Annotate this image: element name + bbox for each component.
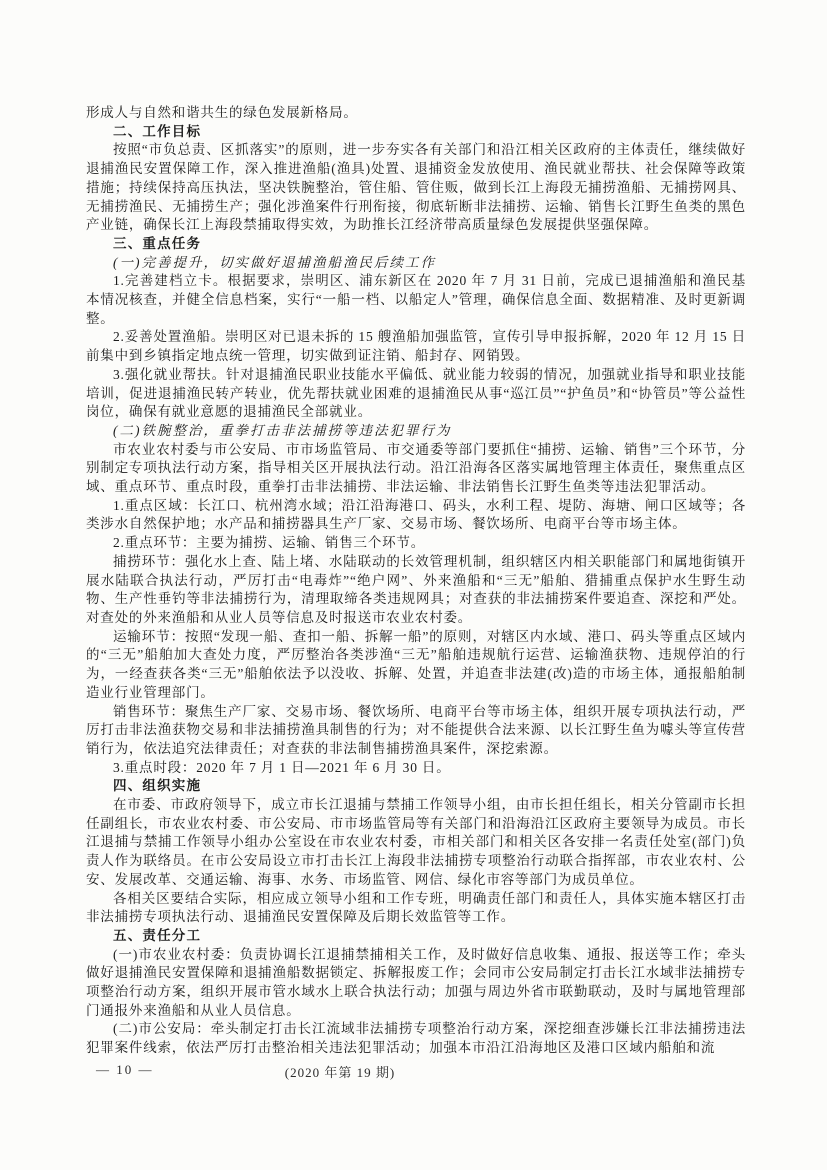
document-body: 形成人与自然和谐共生的绿色发展新格局。二、工作目标按照“市负总责、区抓落实”的原…	[86, 104, 746, 1058]
subsection-heading: (一)完善提升，切实做好退捕渔船渔民后续工作	[86, 254, 746, 273]
paragraph: 1.重点区域：长江口、杭州湾水域；沿江沿海港口、码头，水利工程、堤防、海塘、闸口…	[86, 497, 746, 534]
paragraph: (二)市公安局：牵头制定打击长江流域非法捕捞专项整治行动方案，深挖细查涉嫌长江非…	[86, 1020, 746, 1057]
paragraph: 销售环节：聚焦生产厂家、交易市场、餐饮场所、电商平台等市场主体，组织开展专项执法…	[86, 703, 746, 759]
paragraph: 市农业农村委与市公安局、市市场监管局、市交通委等部门要抓住“捕捞、运输、销售”三…	[86, 441, 746, 497]
paragraph: 1.完善建档立卡。根据要求，崇明区、浦东新区在 2020 年 7 月 31 日前…	[86, 272, 746, 328]
paragraph: 2.妥善处置渔船。崇明区对已退未拆的 15 艘渔船加强监管，宣传引导申报拆解，2…	[86, 328, 746, 365]
section-heading: 三、重点任务	[86, 235, 746, 254]
paragraph: 运输环节：按照“发现一船、查扣一船、拆解一船”的原则，对辖区内水域、港口、码头等…	[86, 628, 746, 703]
paragraph: 3.重点时段：2020 年 7 月 1 日—2021 年 6 月 30 日。	[86, 759, 746, 778]
section-heading: 五、责任分工	[86, 927, 746, 946]
paragraph: 形成人与自然和谐共生的绿色发展新格局。	[86, 104, 746, 123]
footer-issue-label: (2020 年第 19 期)	[0, 1062, 680, 1081]
paragraph: (一)市农业农村委：负责协调长江退捕禁捕相关工作，及时做好信息收集、通报、报送等…	[86, 946, 746, 1021]
document-page: 形成人与自然和谐共生的绿色发展新格局。二、工作目标按照“市负总责、区抓落实”的原…	[0, 0, 827, 1170]
section-heading: 四、组织实施	[86, 777, 746, 796]
paragraph: 各相关区要结合实际，相应成立领导小组和工作专班，明确责任部门和责任人，具体实施本…	[86, 890, 746, 927]
section-heading: 二、工作目标	[86, 123, 746, 142]
paragraph: 在市委、市政府领导下，成立市长江退捕与禁捕工作领导小组，由市长担任组长，相关分管…	[86, 796, 746, 890]
paragraph: 3.强化就业帮扶。针对退捕渔民职业技能水平偏低、就业能力较弱的情况，加强就业指导…	[86, 366, 746, 422]
paragraph: 按照“市负总责、区抓落实”的原则，进一步夯实各有关部门和沿江相关区政府的主体责任…	[86, 141, 746, 235]
paragraph: 捕捞环节：强化水上查、陆上堵、水陆联动的长效管理机制，组织辖区内相关职能部门和属…	[86, 553, 746, 628]
subsection-heading: (二)铁腕整治，重拳打击非法捕捞等违法犯罪行为	[86, 422, 746, 441]
paragraph: 2.重点环节：主要为捕捞、运输、销售三个环节。	[86, 534, 746, 553]
